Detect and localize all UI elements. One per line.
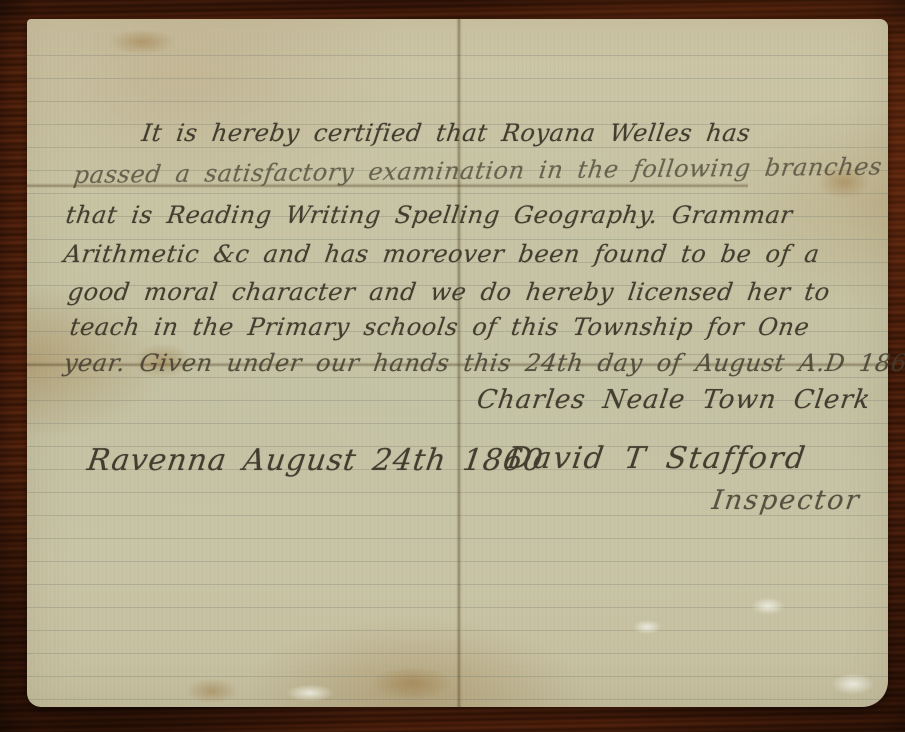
handwritten-line-5: good moral character and we do hereby li… xyxy=(66,278,832,306)
handwritten-line-7: year. Given under our hands this 24th da… xyxy=(62,349,905,377)
handwritten-line-6: teach in the Primary schools of this Tow… xyxy=(68,313,811,341)
handwritten-line-1: It is hereby certified that Royana Welle… xyxy=(140,119,752,147)
certificate-document: It is hereby certified that Royana Welle… xyxy=(27,19,888,707)
inspector-title: Inspector xyxy=(710,485,863,516)
place-and-date: Ravenna August 24th 1860 xyxy=(85,443,546,478)
clerk-signature: Charles Neale Town Clerk xyxy=(475,385,873,415)
handwritten-line-4: Arithmetic &c and has moreover been foun… xyxy=(62,240,821,268)
photograph: It is hereby certified that Royana Welle… xyxy=(0,0,905,732)
handwritten-line-3: that is Reading Writing Spelling Geograp… xyxy=(64,201,795,229)
inspector-signature: David T Stafford xyxy=(505,441,809,476)
